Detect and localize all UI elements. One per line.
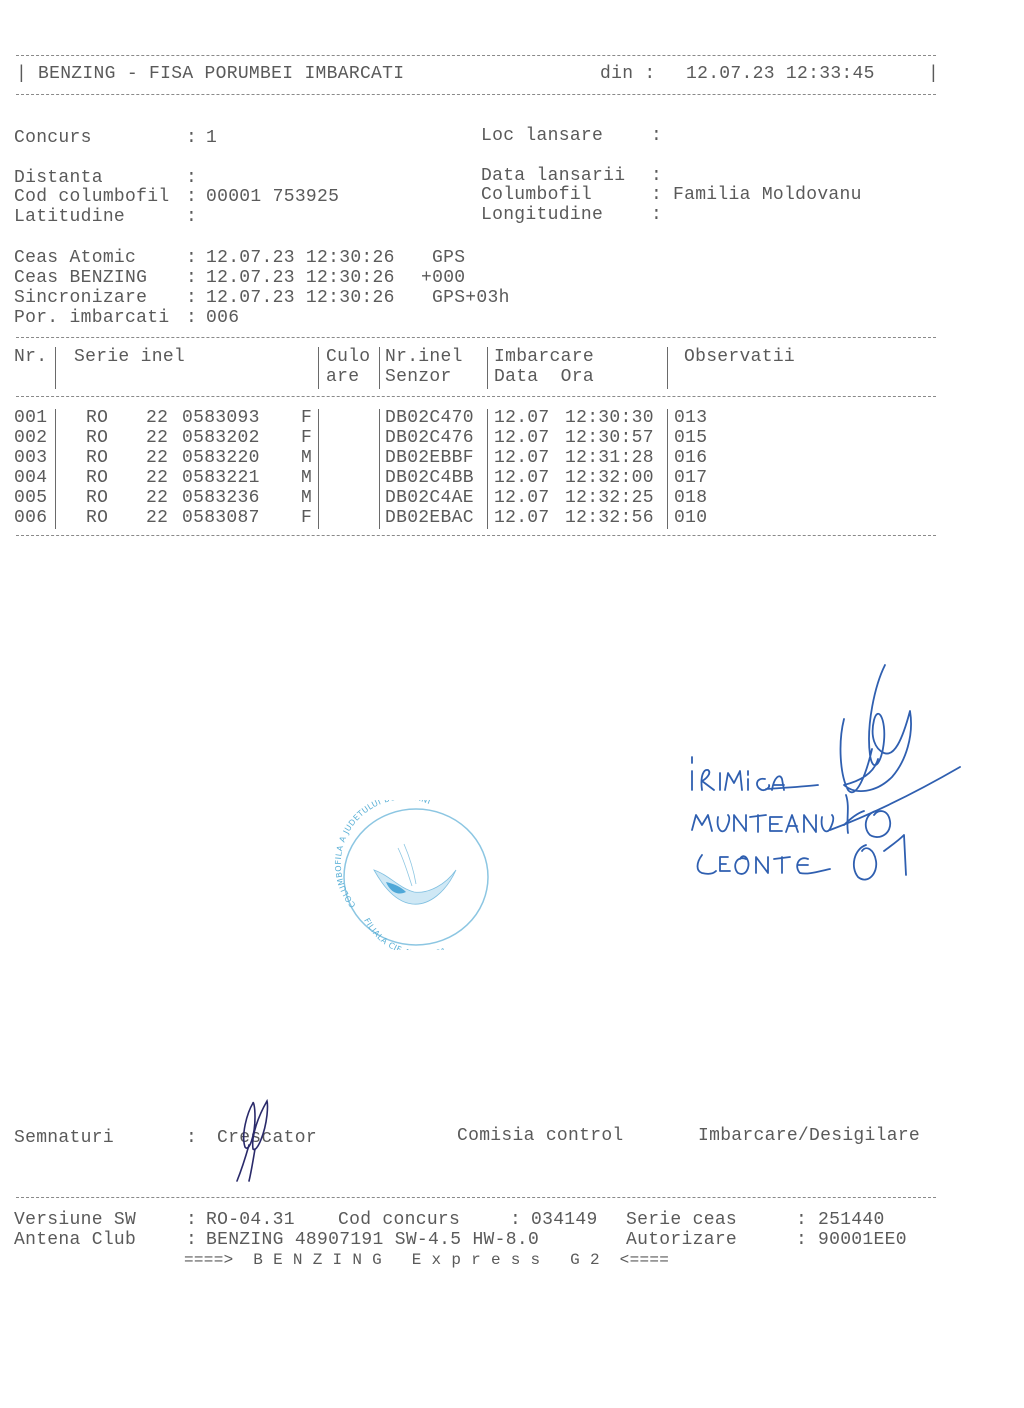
col-separator — [318, 509, 319, 529]
colon: : — [186, 128, 197, 148]
col-separator — [55, 469, 56, 489]
versiune-sw-label: Versiune SW — [14, 1210, 136, 1230]
col-separator — [379, 509, 380, 529]
col-culoare: Culo — [326, 347, 370, 367]
col-separator — [55, 509, 56, 529]
col-separator — [667, 347, 668, 389]
col-separator — [667, 489, 668, 509]
colon: : — [796, 1230, 807, 1250]
col-separator — [487, 409, 488, 429]
ceas-atomic-label: Ceas Atomic — [14, 248, 136, 268]
autorizare-value: 90001EE0 — [818, 1230, 907, 1250]
col-separator — [487, 469, 488, 489]
antena-club-label: Antena Club — [14, 1230, 136, 1250]
col-separator — [667, 449, 668, 469]
comisia-control-label: Comisia control — [457, 1126, 624, 1146]
colon: : — [186, 1210, 197, 1230]
cell-date: 12.07 — [494, 408, 550, 428]
cell-ring: 0583236 — [182, 488, 260, 508]
table-top-rule — [16, 337, 936, 338]
benzing-express-banner: ====> B E N Z I N G E x p r e s s G 2 <=… — [184, 1250, 669, 1270]
col-separator — [318, 469, 319, 489]
cell-date: 12.07 — [494, 508, 550, 528]
col-separator — [379, 469, 380, 489]
concurs-value: 1 — [206, 128, 217, 148]
cell-ring: 0583093 — [182, 408, 260, 428]
cell-obs: 018 — [674, 488, 707, 508]
col-separator — [318, 449, 319, 469]
header-left-bar: | — [16, 64, 27, 84]
col-separator — [487, 509, 488, 529]
ceas-atomic-value: 12.07.23 12:30:26 — [206, 248, 395, 268]
cell-time: 12:31:28 — [565, 448, 654, 468]
cell-country: RO — [86, 468, 108, 488]
cell-ring: 0583220 — [182, 448, 260, 468]
cell-obs: 015 — [674, 428, 707, 448]
date-label: din : — [600, 64, 656, 84]
col-nr-inel: Nr.inel — [385, 347, 463, 367]
por-imbarcati-value: 006 — [206, 308, 239, 328]
col-separator — [487, 449, 488, 469]
ceas-benzing-extra: +000 — [421, 268, 465, 288]
col-separator — [487, 429, 488, 449]
longitudine-label: Longitudine — [481, 205, 603, 225]
cell-year: 22 — [146, 488, 168, 508]
col-separator — [379, 409, 380, 429]
footer-rule — [16, 1197, 936, 1198]
columbofil-label: Columbofil — [481, 185, 592, 205]
semnaturi-label: Semnaturi — [14, 1128, 114, 1148]
cell-sensor: DB02C4AE — [385, 488, 474, 508]
colon: : — [186, 268, 197, 288]
col-separator — [55, 347, 56, 389]
cell-time: 12:30:57 — [565, 428, 654, 448]
colon: : — [186, 1128, 197, 1148]
concurs-label: Concurs — [14, 128, 92, 148]
colon: : — [186, 288, 197, 308]
col-separator — [55, 429, 56, 449]
cod-columbofil-label: Cod columbofil — [14, 187, 169, 207]
por-imbarcati-label: Por. imbarcati — [14, 308, 169, 328]
cell-time: 12:32:25 — [565, 488, 654, 508]
cell-year: 22 — [146, 428, 168, 448]
cell-country: RO — [86, 408, 108, 428]
cell-time: 12:32:56 — [565, 508, 654, 528]
cell-time: 12:32:00 — [565, 468, 654, 488]
cell-date: 12.07 — [494, 428, 550, 448]
col-observatii: Observatii — [684, 347, 795, 367]
col-separator — [318, 347, 319, 389]
cell-time: 12:30:30 — [565, 408, 654, 428]
cell-country: RO — [86, 488, 108, 508]
colon: : — [186, 248, 197, 268]
col-senzor: Senzor — [385, 367, 452, 387]
colon: : — [510, 1210, 521, 1230]
col-separator — [318, 409, 319, 429]
cell-year: 22 — [146, 508, 168, 528]
cell-country: RO — [86, 428, 108, 448]
col-separator — [379, 489, 380, 509]
colon: : — [186, 168, 197, 188]
cell-sensor: DB02EBAC — [385, 508, 474, 528]
colon: : — [651, 185, 662, 205]
col-separator — [318, 489, 319, 509]
col-separator — [318, 429, 319, 449]
commission-signatures — [670, 645, 970, 895]
document-title: BENZING - FISA PORUMBEI IMBARCATI — [38, 64, 404, 84]
col-separator — [667, 429, 668, 449]
cell-sensor: DB02C476 — [385, 428, 474, 448]
antena-club-value: BENZING 48907191 SW-4.5 HW-8.0 — [206, 1230, 539, 1250]
colon: : — [186, 1230, 197, 1250]
sincronizare-value: 12.07.23 12:30:26 — [206, 288, 395, 308]
serie-ceas-value: 251440 — [818, 1210, 885, 1230]
col-nr: Nr. — [14, 347, 47, 367]
col-separator — [379, 449, 380, 469]
dove-icon — [374, 844, 456, 904]
col-separator — [379, 347, 380, 389]
serie-ceas-label: Serie ceas — [626, 1210, 737, 1230]
cell-sensor: DB02C470 — [385, 408, 474, 428]
cell-sex: F — [301, 428, 312, 448]
cell-nr: 002 — [14, 428, 47, 448]
club-stamp: COLUMBOFILA A JUDETULUI BOTOSANI FILIALA… — [334, 800, 494, 950]
cod-concurs-value: 034149 — [531, 1210, 598, 1230]
cell-nr: 003 — [14, 448, 47, 468]
col-separator — [667, 509, 668, 529]
col-separator — [55, 409, 56, 429]
cell-sex: M — [301, 488, 312, 508]
ceas-benzing-value: 12.07.23 12:30:26 — [206, 268, 395, 288]
col-culoare-2: are — [326, 367, 359, 387]
cell-obs: 016 — [674, 448, 707, 468]
col-separator — [667, 409, 668, 429]
cell-sex: M — [301, 448, 312, 468]
header-bottom-rule — [16, 94, 936, 95]
cell-ring: 0583202 — [182, 428, 260, 448]
cell-year: 22 — [146, 448, 168, 468]
colon: : — [186, 207, 197, 227]
crescator-signature — [225, 1095, 285, 1185]
latitudine-label: Latitudine — [14, 207, 125, 227]
cell-sex: M — [301, 468, 312, 488]
cell-nr: 005 — [14, 488, 47, 508]
cell-nr: 001 — [14, 408, 47, 428]
col-separator — [55, 449, 56, 469]
col-separator — [55, 489, 56, 509]
table-header-rule — [16, 396, 936, 397]
columbofil-value: Familia Moldovanu — [673, 185, 862, 205]
cell-sex: F — [301, 408, 312, 428]
colon: : — [186, 308, 197, 328]
cell-nr: 004 — [14, 468, 47, 488]
versiune-sw-value: RO-04.31 — [206, 1210, 295, 1230]
cell-obs: 013 — [674, 408, 707, 428]
header-right-bar: | — [928, 64, 939, 84]
cell-sex: F — [301, 508, 312, 528]
distanta-label: Distanta — [14, 168, 103, 188]
ceas-atomic-extra: GPS — [432, 248, 465, 268]
colon: : — [651, 205, 662, 225]
colon: : — [186, 187, 197, 207]
col-separator — [487, 347, 488, 389]
cell-obs: 010 — [674, 508, 707, 528]
col-data-ora: Data Ora — [494, 367, 594, 387]
cell-country: RO — [86, 508, 108, 528]
cell-nr: 006 — [14, 508, 47, 528]
imbarcare-desigilare-label: Imbarcare/Desigilare — [698, 1126, 920, 1146]
loc-lansare-label: Loc lansare — [481, 126, 603, 146]
cell-date: 12.07 — [494, 488, 550, 508]
colon: : — [651, 126, 662, 146]
col-separator — [487, 489, 488, 509]
cell-year: 22 — [146, 408, 168, 428]
col-imbarcare: Imbarcare — [494, 347, 594, 367]
autorizare-label: Autorizare — [626, 1230, 737, 1250]
cod-concurs-label: Cod concurs — [338, 1210, 460, 1230]
table-bottom-rule — [16, 535, 936, 536]
col-separator — [667, 469, 668, 489]
cell-date: 12.07 — [494, 468, 550, 488]
print-datetime: 12.07.23 12:33:45 — [686, 64, 875, 84]
cell-year: 22 — [146, 468, 168, 488]
cell-ring: 0583221 — [182, 468, 260, 488]
cell-ring: 0583087 — [182, 508, 260, 528]
cell-date: 12.07 — [494, 448, 550, 468]
cell-sensor: DB02EBBF — [385, 448, 474, 468]
colon: : — [796, 1210, 807, 1230]
col-serie-inel: Serie inel — [74, 347, 185, 367]
sincronizare-extra: GPS+03h — [432, 288, 510, 308]
cod-columbofil-value: 00001 753925 — [206, 187, 339, 207]
col-separator — [379, 429, 380, 449]
cell-obs: 017 — [674, 468, 707, 488]
ceas-benzing-label: Ceas BENZING — [14, 268, 147, 288]
sincronizare-label: Sincronizare — [14, 288, 147, 308]
cell-sensor: DB02C4BB — [385, 468, 474, 488]
cell-country: RO — [86, 448, 108, 468]
colon: : — [651, 166, 662, 186]
data-lansarii-label: Data lansarii — [481, 166, 625, 186]
header-top-rule — [16, 55, 936, 56]
